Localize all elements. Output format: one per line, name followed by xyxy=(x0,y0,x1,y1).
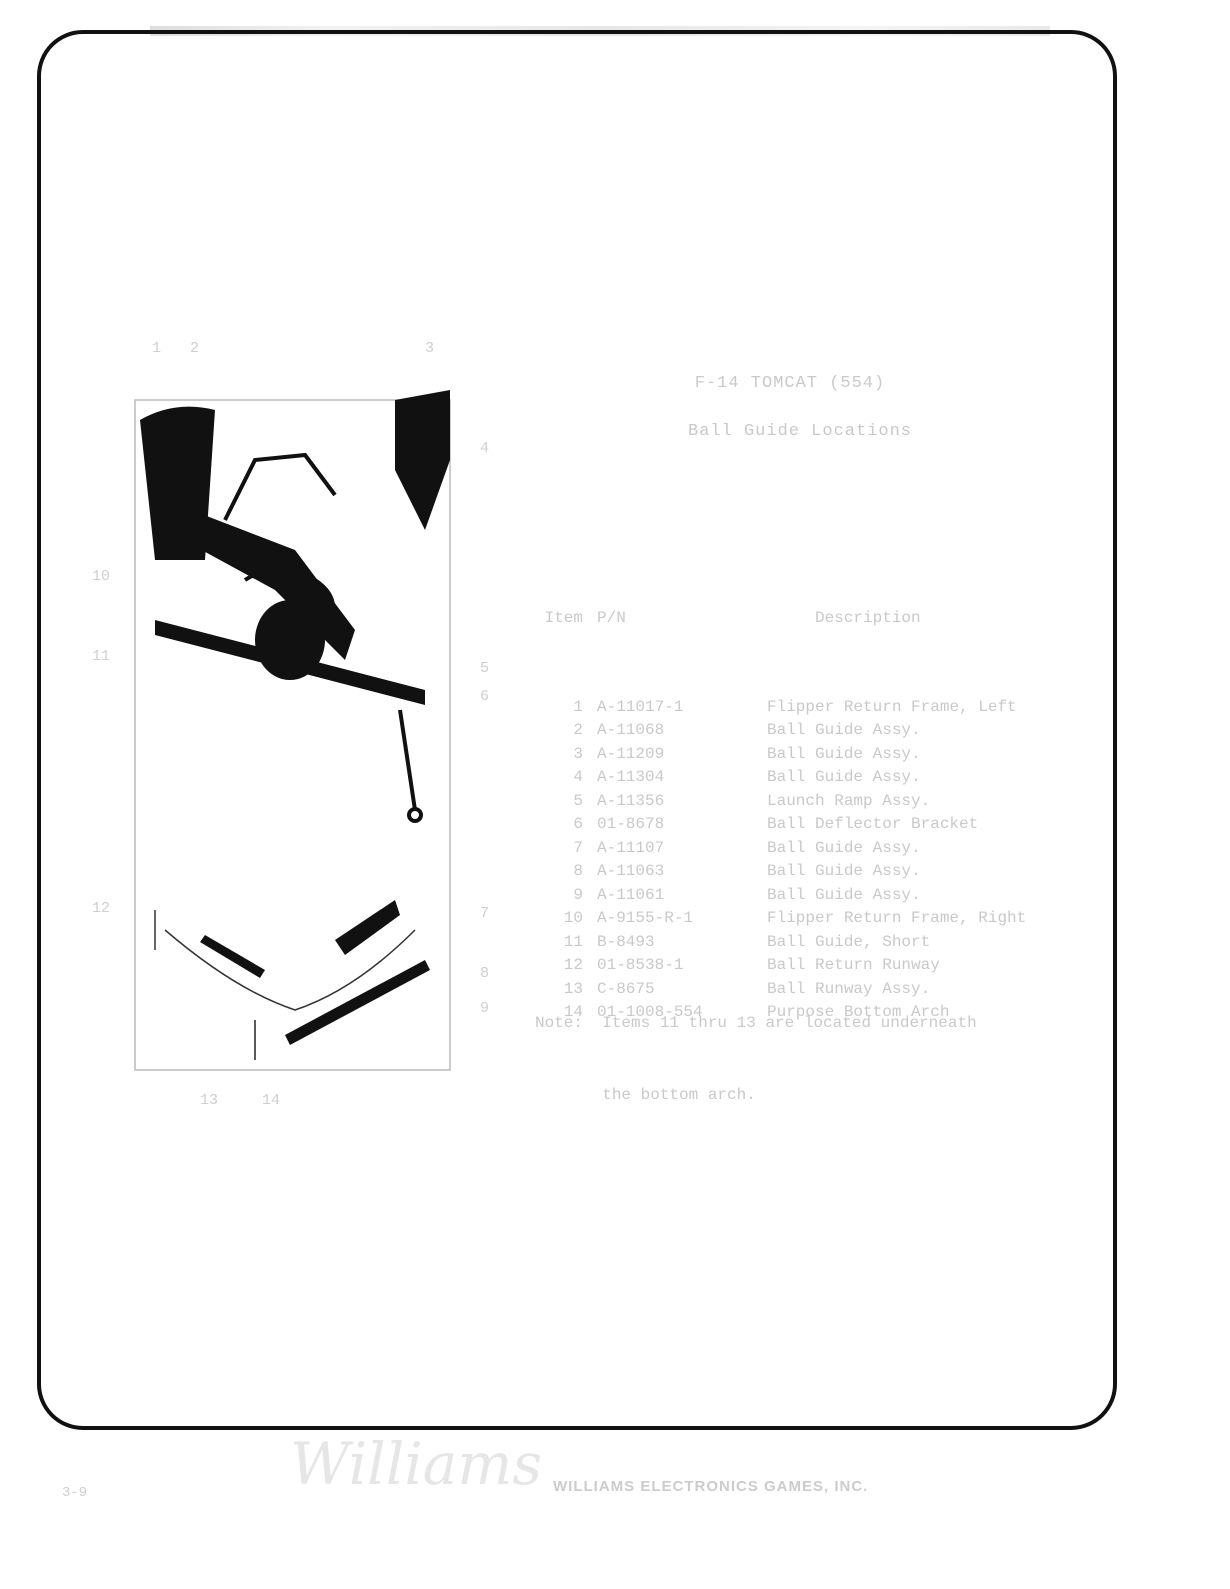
cell-pn: A-11061 xyxy=(597,884,767,908)
table-row: 1A-11017-1Flipper Return Frame, Left xyxy=(535,696,1155,720)
cell-desc: Ball Deflector Bracket xyxy=(767,813,1107,837)
callout-7: 7 xyxy=(480,905,489,922)
cell-item: 1 xyxy=(535,696,597,720)
cell-pn: B-8493 xyxy=(597,931,767,955)
table-row: 11B-8493Ball Guide, Short xyxy=(535,931,1155,955)
cell-desc: Ball Guide, Short xyxy=(767,931,1107,955)
cell-pn: A-11107 xyxy=(597,837,767,861)
callout-9: 9 xyxy=(480,1000,489,1017)
williams-logo: Williams xyxy=(290,1430,542,1498)
callout-13: 13 xyxy=(200,1092,218,1109)
note: Note: Items 11 thru 13 are located under… xyxy=(535,963,977,1131)
page-title: F-14 TOMCAT (554) xyxy=(600,374,980,393)
cell-item: 4 xyxy=(535,766,597,790)
cell-desc: Flipper Return Frame, Left xyxy=(767,696,1107,720)
callout-3: 3 xyxy=(425,340,434,357)
cell-pn: 01-8678 xyxy=(597,813,767,837)
cell-desc: Ball Guide Assy. xyxy=(767,719,1107,743)
cell-pn: A-9155-R-1 xyxy=(597,907,767,931)
table-row: 3A-11209Ball Guide Assy. xyxy=(535,743,1155,767)
cell-desc: Launch Ramp Assy. xyxy=(767,790,1107,814)
header-pn: P/N xyxy=(597,607,767,631)
cell-item: 7 xyxy=(535,837,597,861)
cell-item: 6 xyxy=(535,813,597,837)
cell-pn: A-11017-1 xyxy=(597,696,767,720)
page-number: 3-9 xyxy=(62,1485,87,1501)
company-name: WILLIAMS ELECTRONICS GAMES, INC. xyxy=(553,1478,868,1495)
cell-pn: A-11209 xyxy=(597,743,767,767)
callout-12: 12 xyxy=(92,900,110,917)
cell-pn: A-11304 xyxy=(597,766,767,790)
callout-1: 1 xyxy=(152,340,161,357)
callout-5: 5 xyxy=(480,660,489,677)
cell-desc: Ball Guide Assy. xyxy=(767,860,1107,884)
table-row: 9A-11061Ball Guide Assy. xyxy=(535,884,1155,908)
table-row: 2A-11068Ball Guide Assy. xyxy=(535,719,1155,743)
cell-item: 2 xyxy=(535,719,597,743)
note-line: Note: Items 11 thru 13 are located under… xyxy=(535,1011,977,1035)
callout-6: 6 xyxy=(480,688,489,705)
page-subtitle: Ball Guide Locations xyxy=(590,422,1010,441)
cell-item: 5 xyxy=(535,790,597,814)
cell-item: 10 xyxy=(535,907,597,931)
callout-14: 14 xyxy=(262,1092,280,1109)
cell-pn: A-11068 xyxy=(597,719,767,743)
note-line: the bottom arch. xyxy=(535,1083,977,1107)
playfield-diagram xyxy=(95,330,515,1120)
table-row: 5A-11356Launch Ramp Assy. xyxy=(535,790,1155,814)
cell-desc: Ball Guide Assy. xyxy=(767,837,1107,861)
cell-item: 8 xyxy=(535,860,597,884)
cell-desc: Ball Guide Assy. xyxy=(767,766,1107,790)
cell-desc: Ball Guide Assy. xyxy=(767,884,1107,908)
cell-pn: A-11063 xyxy=(597,860,767,884)
header-description: Description xyxy=(767,607,1155,631)
cell-item: 3 xyxy=(535,743,597,767)
callout-4: 4 xyxy=(480,440,489,457)
header-item: Item xyxy=(535,607,597,631)
cell-pn: A-11356 xyxy=(597,790,767,814)
table-row: 7A-11107Ball Guide Assy. xyxy=(535,837,1155,861)
table-row: 10A-9155-R-1Flipper Return Frame, Right xyxy=(535,907,1155,931)
cell-desc: Ball Guide Assy. xyxy=(767,743,1107,767)
callout-10: 10 xyxy=(92,568,110,585)
cell-item: 9 xyxy=(535,884,597,908)
cell-desc: Flipper Return Frame, Right xyxy=(767,907,1107,931)
table-header: Item P/N Description xyxy=(535,607,1155,631)
callout-11: 11 xyxy=(92,648,110,665)
table-row: 4A-11304Ball Guide Assy. xyxy=(535,766,1155,790)
callout-8: 8 xyxy=(480,965,489,982)
callout-2: 2 xyxy=(190,340,199,357)
table-row: 8A-11063Ball Guide Assy. xyxy=(535,860,1155,884)
table-row: 601-8678Ball Deflector Bracket xyxy=(535,813,1155,837)
cell-item: 11 xyxy=(535,931,597,955)
